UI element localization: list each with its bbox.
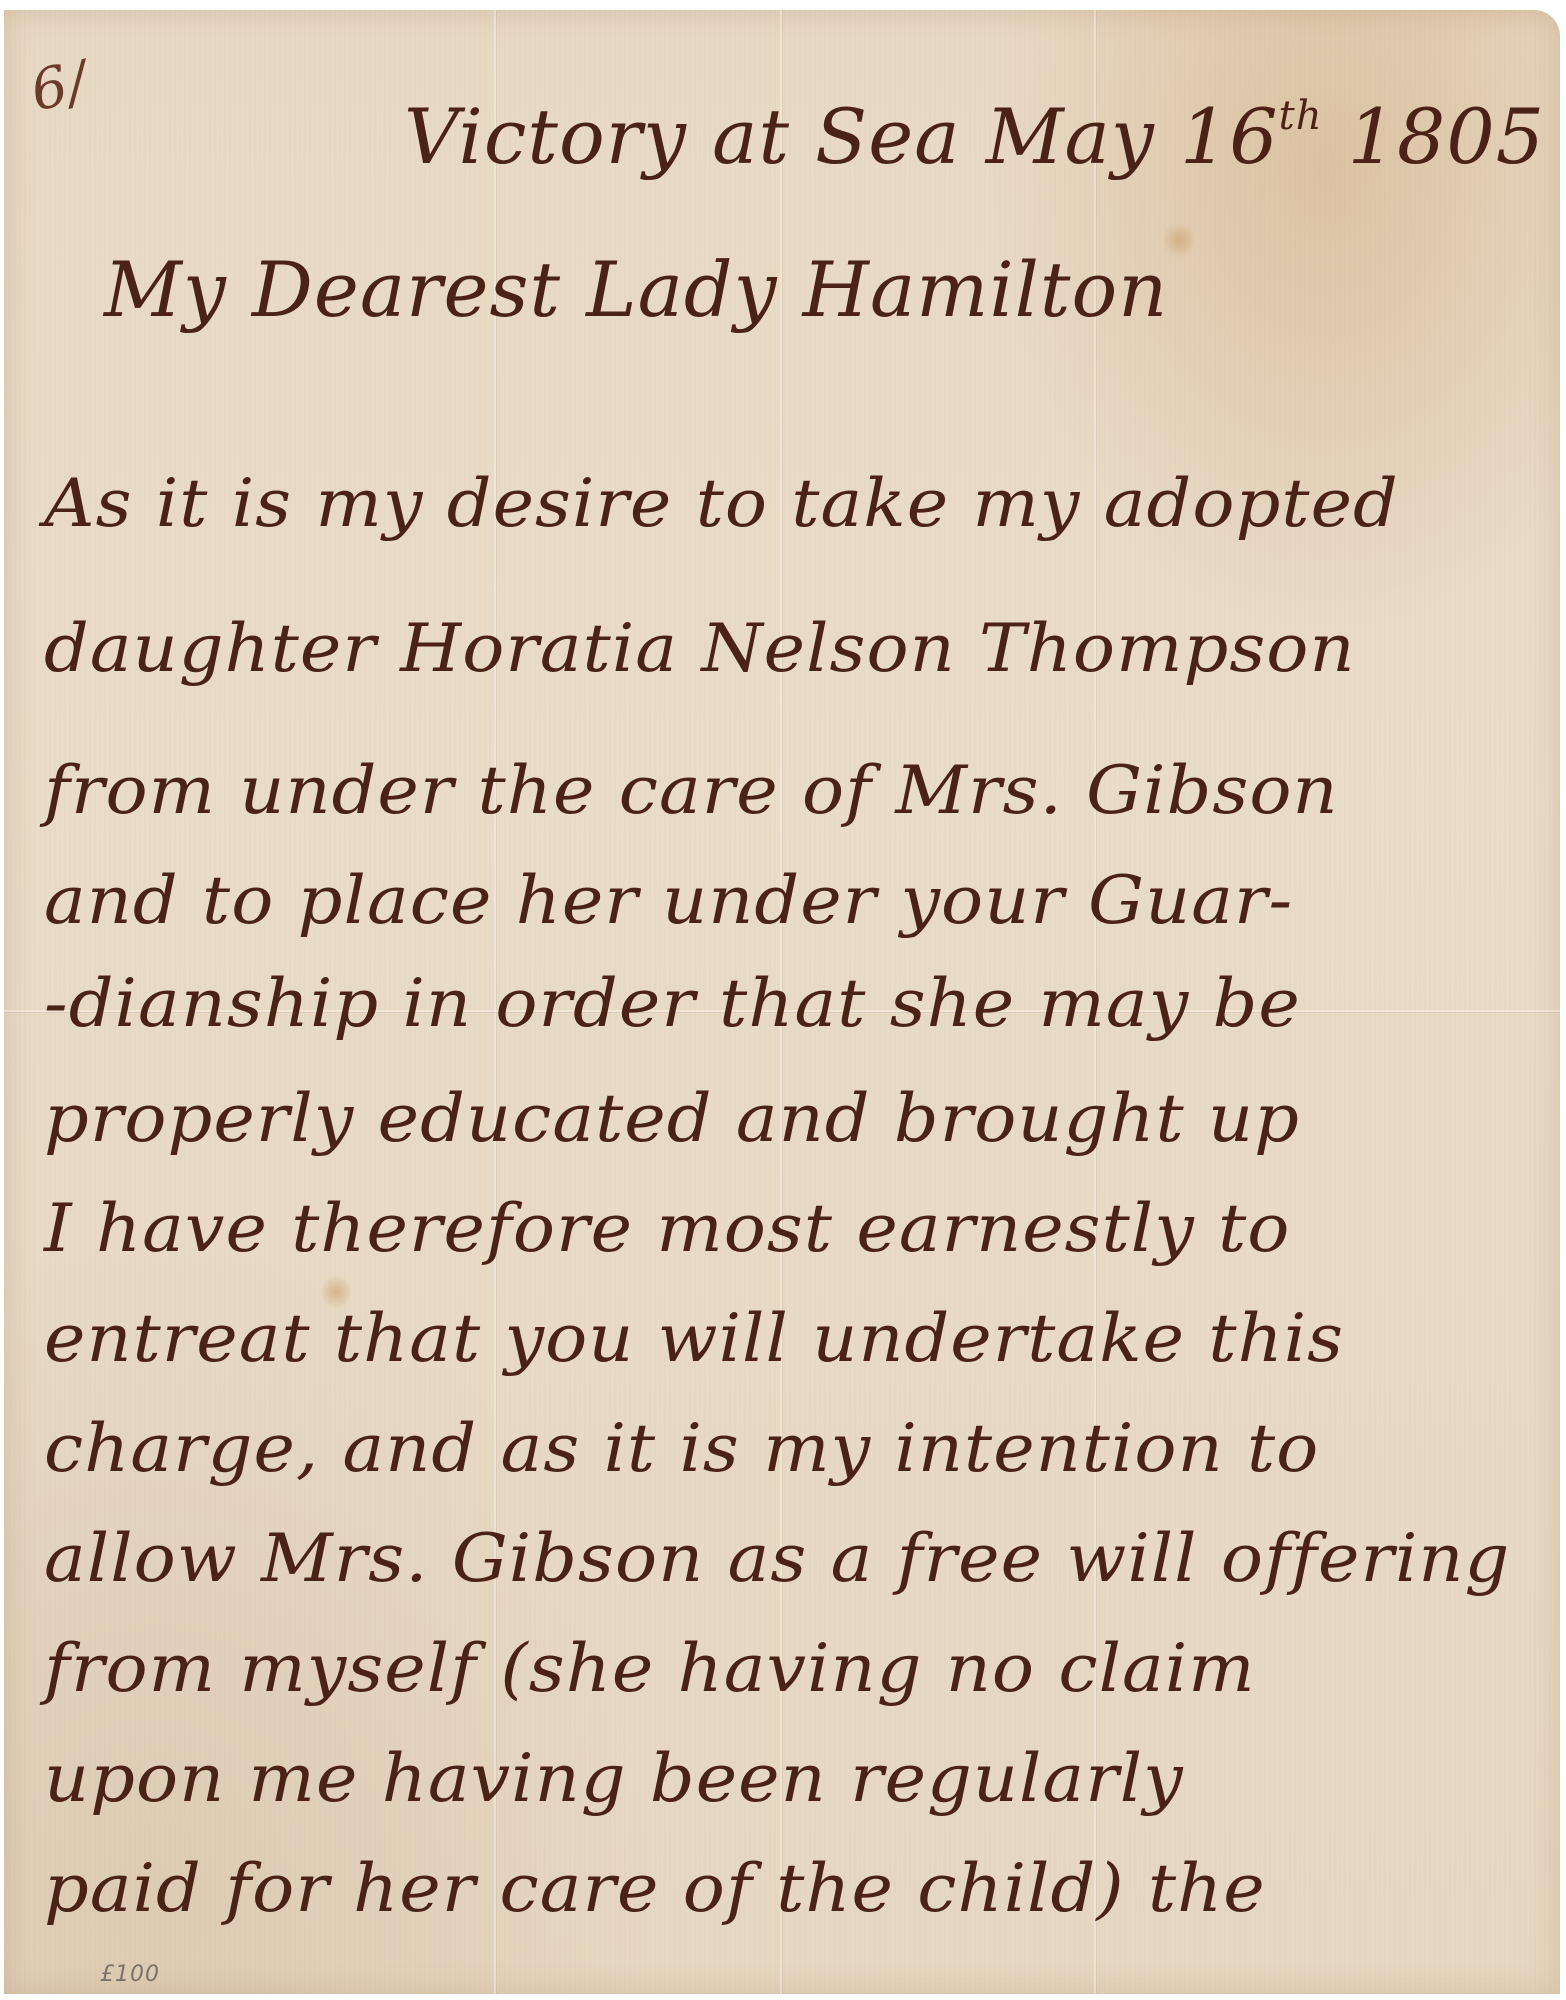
body-line: from under the care of Mrs. Gibson <box>44 752 1339 829</box>
body-line: daughter Horatia Nelson Thompson <box>44 610 1356 687</box>
body-line: entreat that you will undertake this <box>44 1300 1344 1377</box>
body-line: properly educated and brought up <box>44 1080 1300 1157</box>
dateline-year: 1805 <box>1348 92 1545 181</box>
letter-sheet: 6/ Victory at Sea May 16th 1805 My Deare… <box>4 10 1560 1994</box>
body-line: As it is my desire to take my adopted <box>44 465 1399 542</box>
dateline-day: 16 <box>1180 92 1279 181</box>
dateline-month: May <box>986 92 1155 181</box>
pencil-note: £100 <box>100 1962 160 1987</box>
salutation: My Dearest Lady Hamilton <box>104 245 1168 334</box>
body-line: I have therefore most earnestly to <box>44 1190 1290 1267</box>
body-line: charge, and as it is my intention to <box>44 1410 1319 1487</box>
body-line: and to place her under your Guar- <box>44 862 1293 939</box>
body-line: allow Mrs. Gibson as a free will offerin… <box>44 1520 1510 1597</box>
dateline: Victory at Sea May 16th 1805 <box>404 92 1545 181</box>
folio-mark: 6/ <box>25 49 94 124</box>
body-line: upon me having been regularly <box>44 1740 1184 1817</box>
body-line: -dianship in order that she may be <box>44 965 1301 1042</box>
body-line: paid for her care of the child) the <box>44 1850 1266 1927</box>
dateline-place: Victory at Sea <box>404 92 961 181</box>
ink-stain <box>1164 220 1194 260</box>
dateline-day-suffix: th <box>1279 93 1323 139</box>
body-line: from myself (she having no claim <box>44 1630 1256 1707</box>
